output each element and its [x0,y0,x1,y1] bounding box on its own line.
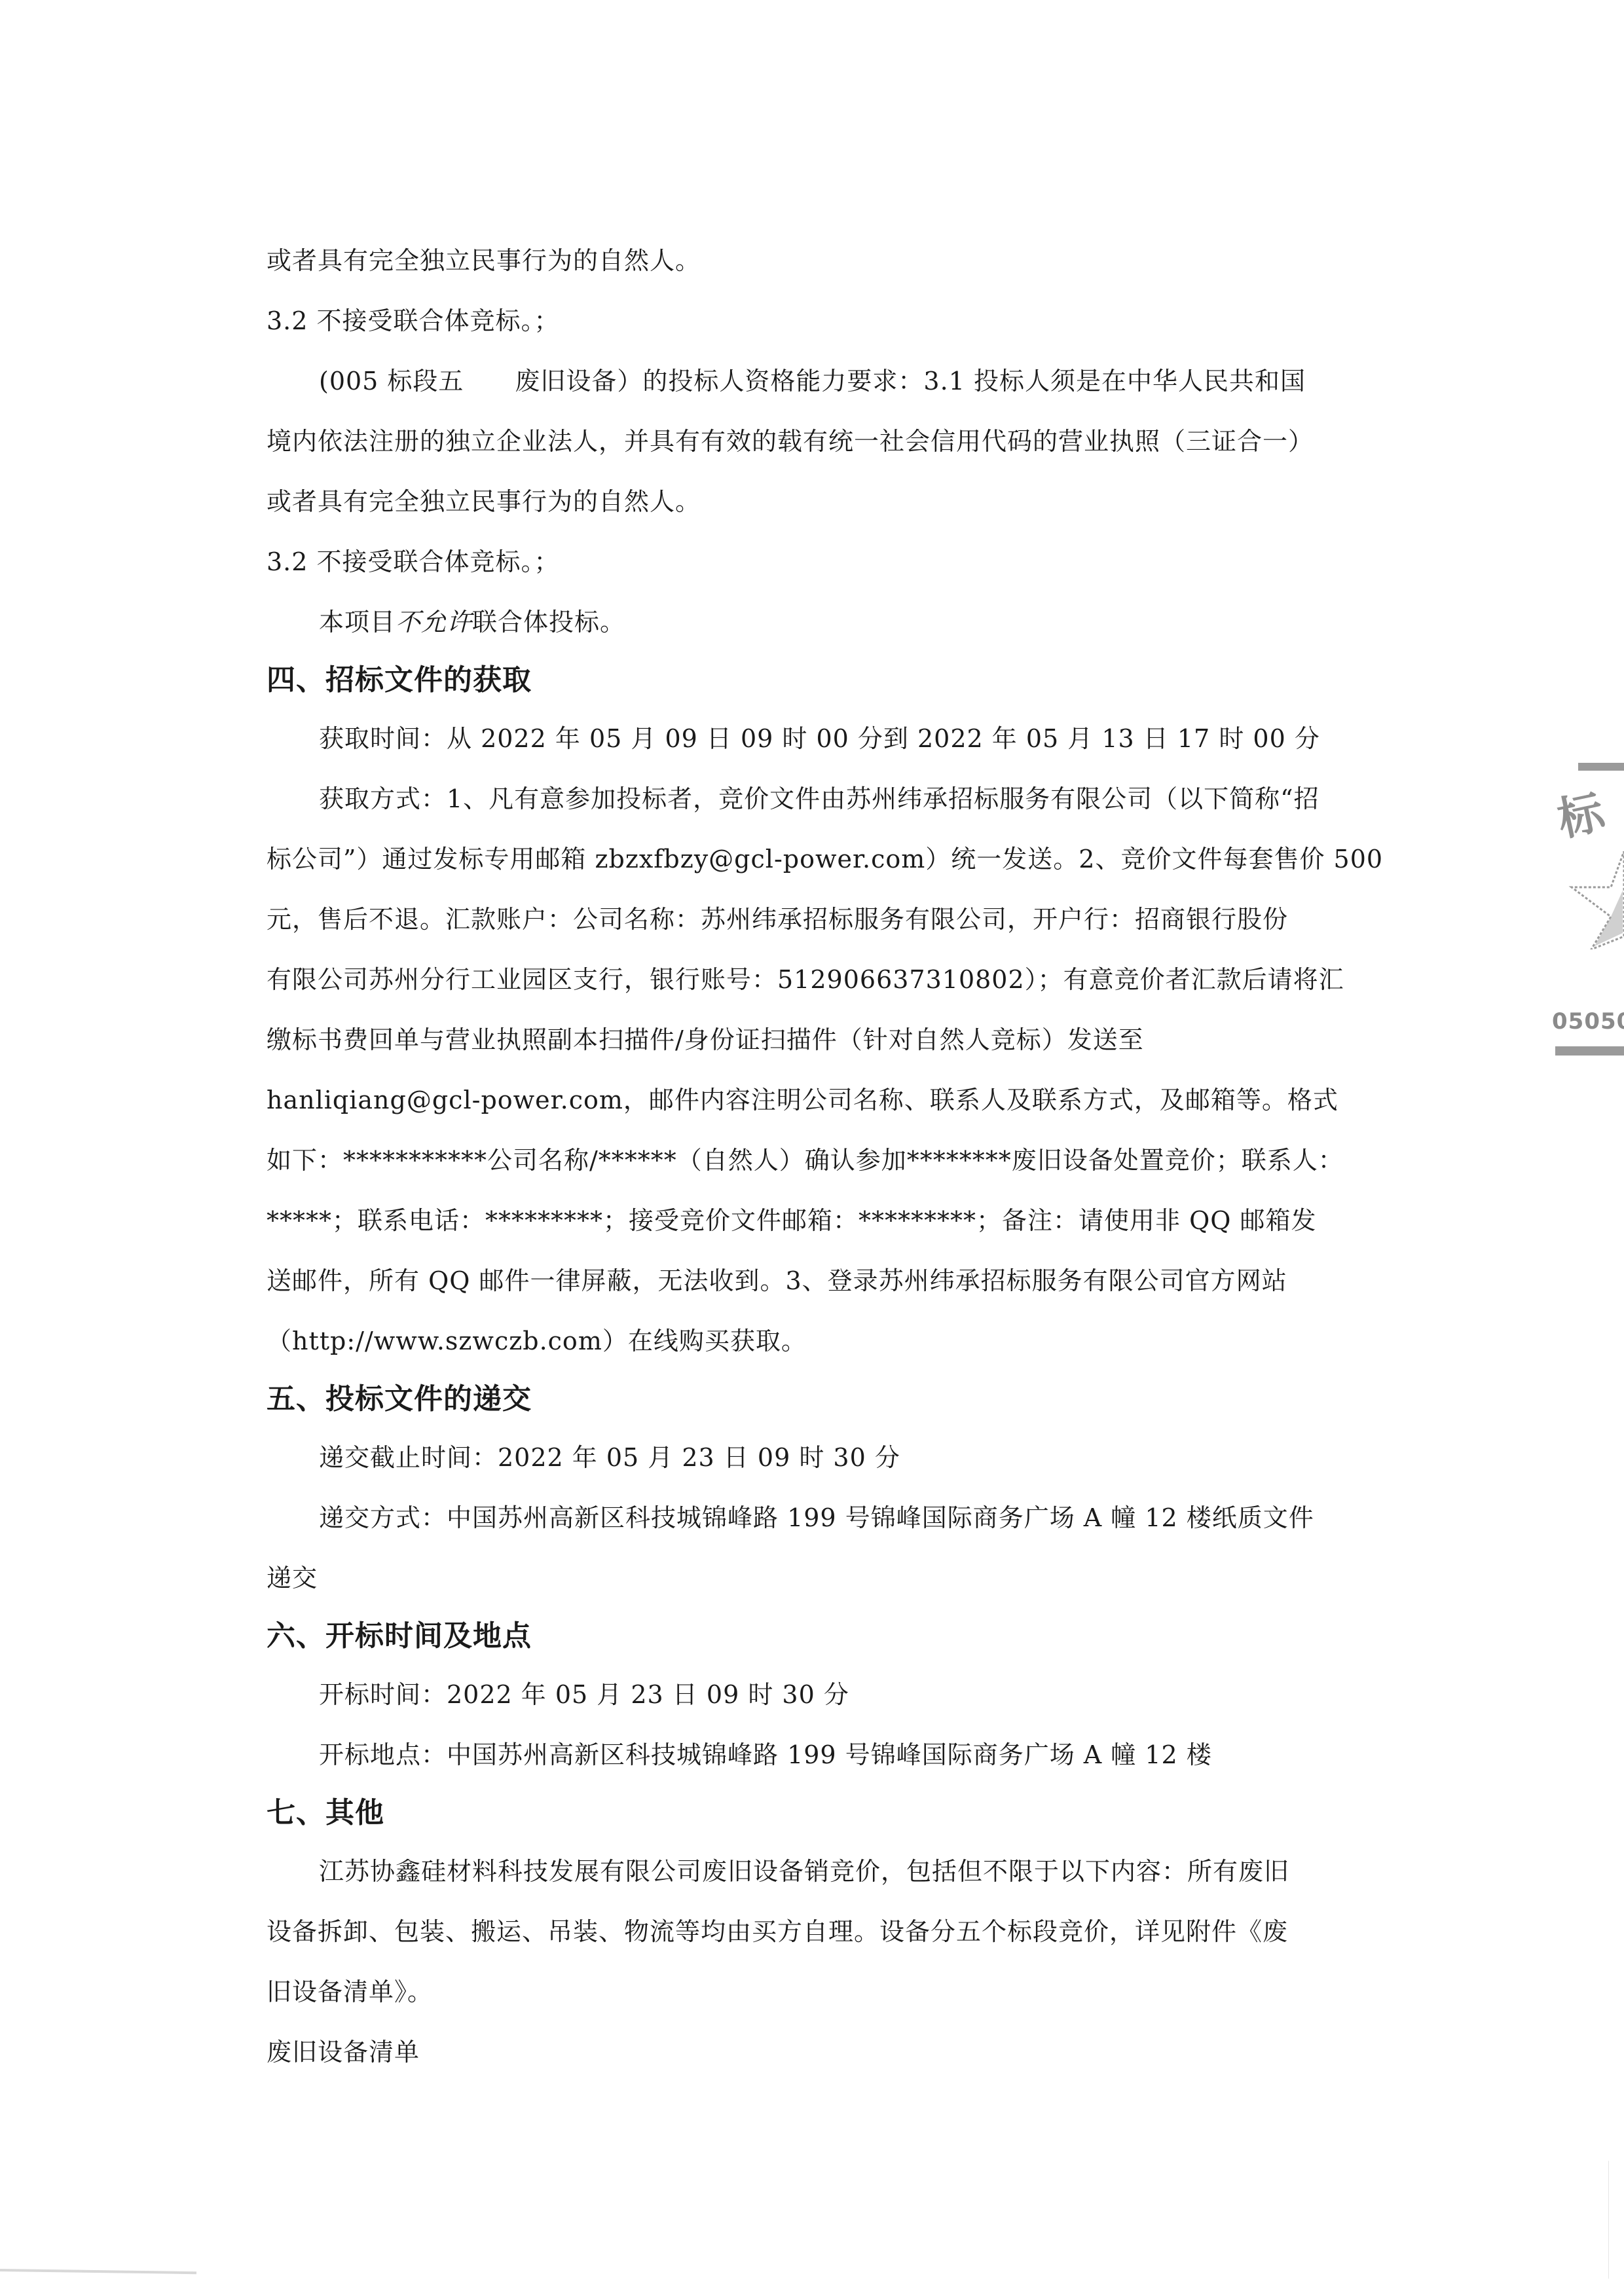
text-line: 缴标书费回单与营业执照副本扫描件/身份证扫描件（针对自然人竞标）发送至 [267,1010,1367,1070]
text-line: 获取时间：从 2022 年 05 月 09 日 09 时 00 分到 2022 … [267,708,1367,769]
text-line: 递交 [267,1548,1367,1608]
text-line: 或者具有完全独立民事行为的自然人。 [267,230,1367,291]
text-line: 旧设备清单》。 [267,1962,1367,2022]
text-line: 获取方式：1、凡有意参加投标者，竞价文件由苏州纬承招标服务有限公司（以下简称“招 [267,769,1367,829]
text-line: （http://www.szwczb.com）在线购买获取。 [267,1311,1367,1371]
page-edge [1608,2161,1609,2279]
joint-bid-emphasis: 不允许 [396,608,472,636]
joint-bid-suffix: 联合体投标。 [472,608,625,636]
section-heading-5: 五、投标文件的递交 [267,1371,1367,1427]
document-page: 或者具有完全独立民事行为的自然人。 3.2 不接受联合体竞标。； (005 标段… [0,0,1624,2295]
text-line: 或者具有完全独立民事行为的自然人。 [267,471,1367,532]
joint-bid-statement: 本项目不允许联合体投标。 [267,592,1367,652]
seal-stamp-fragment: 标 05050 [1552,733,1624,1100]
joint-bid-prefix: 本项目 [319,608,396,636]
text-line: 如下：***********公司名称/******（自然人）确认参加******… [267,1130,1367,1190]
stamp-char: 标 [1551,775,1609,849]
text-line: (005 标段五 废旧设备）的投标人资格能力要求：3.1 投标人须是在中华人民共… [267,351,1367,411]
text-line: 有限公司苏州分行工业园区支行，银行账号：512906637310802）；有意竞… [267,949,1367,1010]
text-line: 江苏协鑫硅材料科技发展有限公司废旧设备销竞价，包括但不限于以下内容：所有废旧 [267,1841,1367,1901]
section-heading-4: 四、招标文件的获取 [267,652,1367,708]
text-line: 送邮件，所有 QQ 邮件一律屏蔽，无法收到。3、登录苏州纬承招标服务有限公司官方… [267,1251,1367,1311]
stamp-border-top [1578,763,1624,771]
stamp-serial-number: 05050 [1552,1008,1624,1035]
scan-artifact-line [0,2269,196,2274]
star-icon [1565,851,1624,949]
text-line: 开标地点：中国苏州高新区科技城锦峰路 199 号锦峰国际商务广场 A 幢 12 … [267,1725,1367,1785]
text-line: 废旧设备清单 [267,2022,1367,2082]
text-line: hanliqiang@gcl-power.com，邮件内容注明公司名称、联系人及… [267,1070,1367,1130]
text-line: 3.2 不接受联合体竞标。； [267,532,1367,592]
text-line: 递交方式：中国苏州高新区科技城锦峰路 199 号锦峰国际商务广场 A 幢 12 … [267,1488,1367,1548]
text-line: 开标时间：2022 年 05 月 23 日 09 时 30 分 [267,1664,1367,1725]
document-body: 或者具有完全独立民事行为的自然人。 3.2 不接受联合体竞标。； (005 标段… [267,230,1367,2082]
section-heading-7: 七、其他 [267,1785,1367,1841]
text-line: 递交截止时间：2022 年 05 月 23 日 09 时 30 分 [267,1427,1367,1488]
text-line: 境内依法注册的独立企业法人，并具有有效的载有统一社会信用代码的营业执照（三证合一… [267,411,1367,471]
text-line: 元，售后不退。汇款账户：公司名称：苏州纬承招标服务有限公司，开户行：招商银行股份 [267,889,1367,949]
section-heading-6: 六、开标时间及地点 [267,1608,1367,1664]
text-line: 设备拆卸、包装、搬运、吊装、物流等均由买方自理。设备分五个标段竞价，详见附件《废 [267,1901,1367,1962]
text-line: 标公司”）通过发标专用邮箱 zbzxfbzy@gcl-power.com）统一发… [267,829,1367,889]
text-line: 3.2 不接受联合体竞标。； [267,291,1367,351]
stamp-border-bottom [1555,1046,1624,1056]
text-line: *****；联系电话：*********；接受竞价文件邮箱：*********；… [267,1190,1367,1251]
